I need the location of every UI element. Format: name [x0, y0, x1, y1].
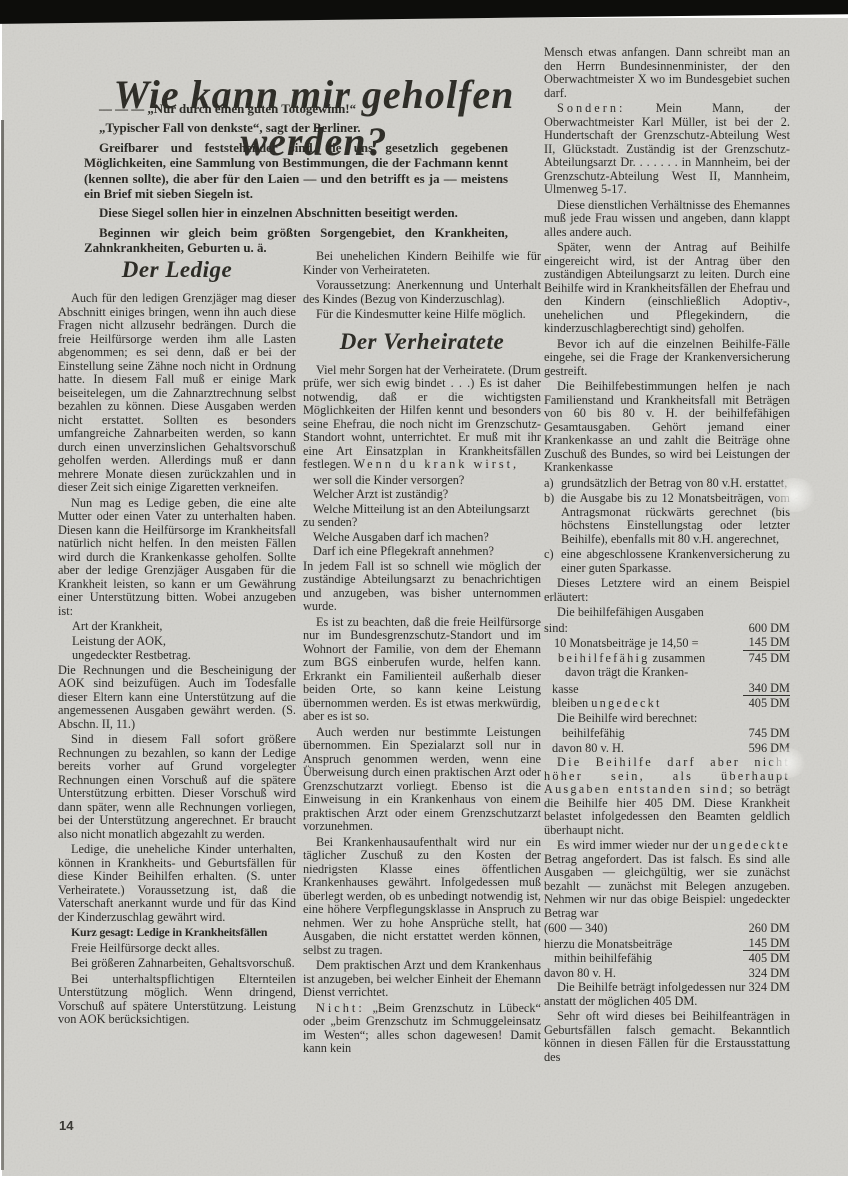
paragraph: Bevor ich auf die einzelnen Beihilfe-Fäl… [544, 338, 790, 379]
amount-label: 10 Monatsbeiträge je 14,50 = [544, 637, 699, 651]
paragraph: Die Beihilfebestimmungen helfen je nach … [544, 380, 790, 475]
amount-table-line: Die beihilfefähigen Ausgaben [544, 606, 790, 620]
amount-row: davon 80 v. H. 596 DM [544, 742, 790, 756]
amount-label: hierzu die Monatsbeiträge [544, 938, 672, 952]
paragraph: Dieses Letztere wird an einem Beispiel e… [544, 577, 790, 604]
amount-value: 745 DM [743, 727, 790, 741]
amount-row: bleiben ungedeckt 405 DM [544, 697, 790, 711]
list-item: Art der Krankheit, [58, 620, 296, 634]
paragraph: Nicht: „Beim Grenzschutz in Lübeck“ oder… [303, 1002, 541, 1056]
paragraph: Für die Kindesmutter keine Hilfe möglich… [303, 308, 541, 322]
amount-value: 260 DM [743, 922, 790, 936]
paragraph-text: Viel mehr Sorgen hat der Verheiratete. (… [303, 363, 541, 472]
paragraph-text: Es wird immer wieder nur der [557, 838, 712, 852]
lettered-item-c: c) eine abgeschlossene Krankenversicheru… [544, 548, 790, 575]
paragraph-text: Mein Mann, der Oberwachtmeister Karl Mül… [544, 101, 790, 196]
scan-spot [768, 748, 806, 778]
page-number: 14 [59, 1118, 73, 1133]
paragraph: Die Rechnungen und die Bescheinigung der… [58, 664, 296, 732]
lettered-item-b: b) die Ausgabe bis zu 12 Monatsbeiträgen… [544, 492, 790, 546]
question-line: wer soll die Kinder versorgen? [303, 474, 541, 488]
amount-value: 324 DM [743, 967, 790, 981]
paragraph: Bei Krankenhausaufenthalt wird nur ein t… [303, 836, 541, 958]
paragraph: Später, wenn der Antrag auf Beihilfe ein… [544, 241, 790, 336]
list-item: Leistung der AOK, [58, 635, 296, 649]
paragraph: Diese dienstlichen Verhältnisse des Ehem… [544, 199, 790, 240]
emphasized-spaced-text: Wenn du krank wirst, [354, 457, 520, 471]
amount-value: 405 DM [743, 952, 790, 966]
paragraph: Viel mehr Sorgen hat der Verheiratete. (… [303, 364, 541, 472]
amount-value: 145 DM [743, 937, 790, 952]
amount-table-line: Die Beihilfe wird berechnet: [544, 712, 790, 726]
article-intro: — — — „Nur durch einen guten Totogewinn!… [84, 102, 508, 261]
item-text: eine abgeschlossene Krankenversicherung … [561, 548, 790, 575]
amount-label: (600 — 340) [544, 922, 608, 936]
item-text: grundsätzlich der Betrag von 80 v.H. ers… [561, 477, 790, 491]
amount-row: mithin beihilfefähig 405 DM [544, 952, 790, 966]
emphasized-spaced-text: beihilfefähig [558, 651, 649, 665]
item-marker: c) [544, 548, 561, 575]
item-marker: a) [544, 477, 561, 491]
emphasized-spaced-text: Nicht: [316, 1001, 365, 1015]
scan-edge-left [1, 120, 4, 1170]
paragraph: Freie Heilfürsorge deckt alles. [58, 942, 296, 956]
question-line: Welche Mitteilung ist an den Abteilungsa… [303, 503, 541, 530]
paragraph: Bei unehelichen Kindern Beihilfe wie für… [303, 250, 541, 277]
question-list: wer soll die Kinder versorgen? Welcher A… [303, 474, 541, 559]
paragraph: Sondern: Mein Mann, der Oberwachtmeister… [544, 102, 790, 197]
question-line: Welche Ausgaben darf ich machen? [303, 531, 541, 545]
lettered-item-a: a) grundsätzlich der Betrag von 80 v.H. … [544, 477, 790, 491]
amount-label-rest: bleiben [552, 696, 591, 710]
amount-table-line: davon trägt die Kranken- [544, 666, 790, 680]
item-marker: b) [544, 492, 561, 546]
amount-label: davon 80 v. H. [544, 967, 616, 981]
paragraph: Auch für den ledigen Grenzjäger mag dies… [58, 292, 296, 495]
paragraph: Auch werden nur bestimmte Leistungen übe… [303, 726, 541, 834]
requirements-list: Art der Krankheit, Leistung der AOK, ung… [58, 620, 296, 663]
paragraph: Dem praktischen Arzt und dem Krankenhaus… [303, 959, 541, 1000]
paragraph: In jedem Fall ist so schnell wie möglich… [303, 560, 541, 614]
amount-label-rest: zusammen [649, 651, 705, 665]
column-beihilfe: Mensch etwas anfangen. Dann schreibt man… [544, 46, 790, 1066]
amount-label: davon 80 v. H. [544, 742, 624, 756]
amount-row: 10 Monatsbeiträge je 14,50 = 145 DM [544, 636, 790, 651]
question-line: Darf ich eine Pflegekraft annehmen? [303, 545, 541, 559]
list-item: ungedeckter Restbetrag. [58, 649, 296, 663]
scan-spot [772, 478, 816, 512]
paragraph-text: Betrag angefordert. Das ist falsch. Es s… [544, 852, 790, 920]
paragraph: Es ist zu beachten, daß die freie Heilfü… [303, 616, 541, 724]
paragraph: Bei unterhaltspflichtigen Elternteilen U… [58, 973, 296, 1027]
paragraph: Die Beihilfe beträgt infolgedessen nur 3… [544, 981, 790, 1008]
paragraph: Die Beihilfe darf aber nicht höher sein,… [544, 756, 790, 837]
amount-row: davon 80 v. H. 324 DM [544, 967, 790, 981]
section-heading-verheiratete: Der Verheiratete [303, 329, 541, 355]
amount-label: mithin beihilfefähig [544, 952, 652, 966]
item-text: die Ausgabe bis zu 12 Monatsbeiträgen, v… [561, 492, 790, 546]
paragraph: Sind in diesem Fall sofort größere Rechn… [58, 733, 296, 841]
amount-value: 405 DM [743, 697, 790, 711]
amount-row: (600 — 340) 260 DM [544, 922, 790, 936]
paragraph: Voraussetzung: Anerkennung und Unterhalt… [303, 279, 541, 306]
paragraph: Nun mag es Ledige geben, die eine alte M… [58, 497, 296, 619]
column-ledige: Der Ledige Auch für den ledigen Grenzjäg… [58, 250, 296, 1029]
scanned-magazine-page: { "page": { "number": "14" }, "header": … [0, 0, 848, 1200]
amount-value: 145 DM [743, 636, 790, 651]
amount-row: hierzu die Monatsbeiträge 145 DM [544, 937, 790, 952]
amount-value: 745 DM [743, 652, 790, 666]
amount-label: beihilfefähig zusammen [544, 652, 705, 666]
amount-label: sind: [544, 622, 568, 636]
amount-value: 600 DM [743, 622, 790, 636]
emphasized-spaced-text: ungedeckt [591, 696, 661, 710]
amount-row: beihilfefähig 745 DM [544, 727, 790, 741]
intro-paragraph: Greifbarer und feststehender sind die un… [84, 141, 508, 203]
amount-label: bleiben ungedeckt [544, 697, 662, 711]
emphasized-spaced-text: ungedeckte [712, 838, 790, 852]
intro-paragraph: Diese Siegel sollen hier in einzelnen Ab… [84, 206, 508, 221]
paragraph: Es wird immer wieder nur der ungedeckte … [544, 839, 790, 920]
amount-value: 340 DM [743, 682, 790, 697]
amount-label: kasse [544, 683, 579, 697]
amount-row: sind: 600 DM [544, 622, 790, 636]
amount-label: beihilfefähig [544, 727, 625, 741]
amount-row: kasse 340 DM [544, 682, 790, 697]
summary-heading: Kurz gesagt: Ledige in Krankheitsfällen [58, 926, 296, 940]
intro-slogan: — — — „Nur durch einen guten Totogewinn!… [84, 102, 508, 117]
intro-berliner: „Typischer Fall von denkste“, sagt der B… [84, 121, 508, 136]
column-verheiratete: Bei unehelichen Kindern Beihilfe wie für… [303, 250, 541, 1058]
amount-row: beihilfefähig zusammen 745 DM [544, 652, 790, 666]
paragraph: Sehr oft wird dieses bei Beihilfeanträge… [544, 1010, 790, 1064]
paragraph: Ledige, die uneheliche Kinder unterhalte… [58, 843, 296, 924]
section-heading-ledige: Der Ledige [58, 257, 296, 283]
paragraph: Mensch etwas anfangen. Dann schreibt man… [544, 46, 790, 100]
question-line: Welcher Arzt ist zuständig? [303, 488, 541, 502]
emphasized-spaced-text: Sondern: [557, 101, 625, 115]
paragraph: Bei größeren Zahnarbeiten, Gehaltsvorsch… [58, 957, 296, 971]
